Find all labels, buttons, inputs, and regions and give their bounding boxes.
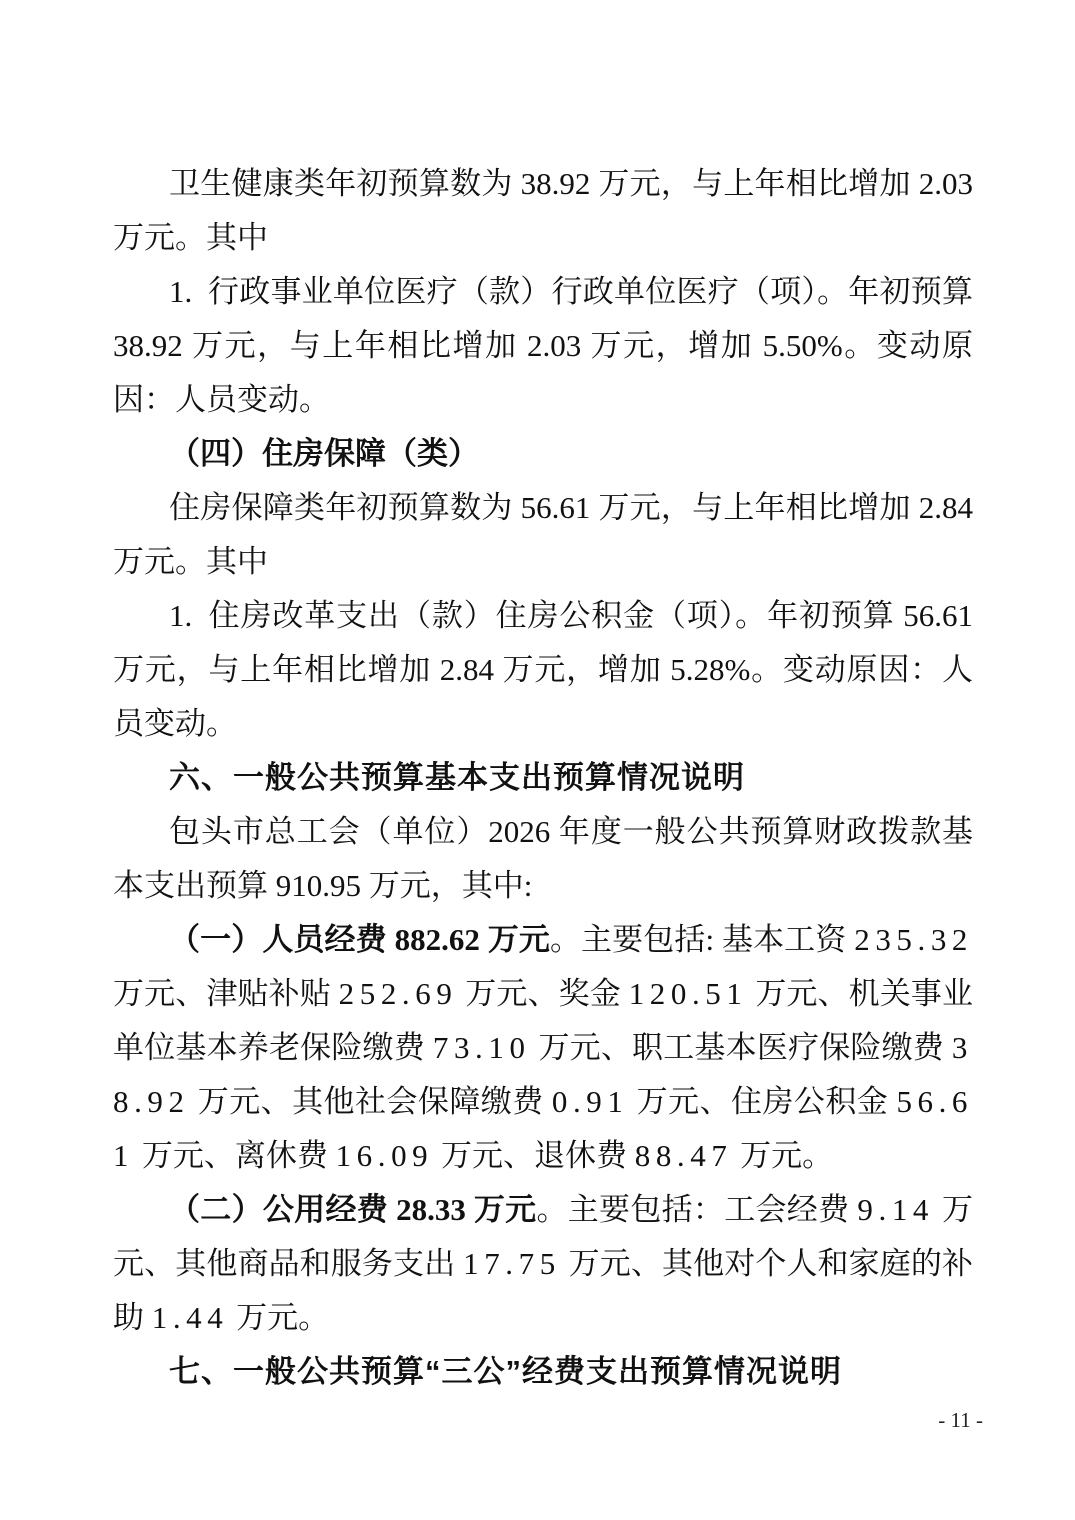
text-run: 包头市总工会（单位）2026 年度一般公共预算财政拨款基本支出预算 910.95… [113,814,973,903]
text-run: 。主要包括: 基本工资 [550,922,854,957]
text-run: 万元、奖金 [457,976,628,1011]
numeric-text-run: 73.10 [433,1030,531,1065]
para-public-expenses: （二）公用经费 28.33 万元。主要包括：工会经费 9.14 万元、其他商品和… [113,1183,973,1345]
bold-text-run: （四）住房保障（类） [169,436,479,471]
numeric-text-run: 252.69 [339,976,458,1011]
text-run: 住房保障类年初预算数为 56.61 万元，与上年相比增加 2.84 万元。其中 [113,490,973,579]
numeric-text-run: 1.44 [152,1300,229,1335]
heading-section-7-three-public-funds: 七、一般公共预算“三公”经费支出预算情况说明 [113,1345,973,1399]
text-run: 万元、离休费 [134,1138,336,1173]
text-run: 1. 住房改革支出（款）住房公积金（项）。年初预算 56.61 万元，与上年相比… [113,598,973,741]
text-run: 万元、退休费 [433,1138,635,1173]
heading-section-6-basic-expenditure: 六、一般公共预算基本支出预算情况说明 [113,751,973,805]
bold-text-run: 六、一般公共预算基本支出预算情况说明 [169,760,745,795]
numeric-text-run: 120.51 [629,976,748,1011]
para-personnel-expenses: （一）人员经费 882.62 万元。主要包括: 基本工资 235.32 万元、津… [113,913,973,1183]
numeric-text-run: 0.91 [552,1084,629,1119]
para-housing-item-1: 1. 住房改革支出（款）住房公积金（项）。年初预算 56.61 万元，与上年相比… [113,589,973,751]
para-health-item-1: 1. 行政事业单位医疗（款）行政单位医疗（项）。年初预算 38.92 万元，与上… [113,265,973,427]
para-housing-class-summary: 住房保障类年初预算数为 56.61 万元，与上年相比增加 2.84 万元。其中 [113,481,973,589]
text-run: 万元。 [732,1138,833,1173]
bold-text-run: 七、一般公共预算“三公”经费支出预算情况说明 [169,1354,842,1389]
document-body: 卫生健康类年初预算数为 38.92 万元，与上年相比增加 2.03 万元。其中1… [113,157,973,1399]
heading-housing-security-class: （四）住房保障（类） [113,427,973,481]
numeric-text-run: 16.09 [336,1138,434,1173]
text-run: 1. 行政事业单位医疗（款）行政单位医疗（项）。年初预算 38.92 万元，与上… [113,274,973,417]
bold-text-run: （二）公用经费 28.33 万元 [169,1192,536,1227]
numeric-text-run: 9.14 [857,1192,934,1227]
text-run: 万元。 [228,1300,329,1335]
para-basic-expenditure-total: 包头市总工会（单位）2026 年度一般公共预算财政拨款基本支出预算 910.95… [113,805,973,913]
page-number: - 11 - [938,1405,983,1435]
text-run: 万元、其他社会保障缴费 [190,1084,552,1119]
numeric-text-run: 17.75 [463,1246,561,1281]
text-run: 万元、职工基本医疗保险缴费 [531,1030,952,1065]
para-health-class-summary: 卫生健康类年初预算数为 38.92 万元，与上年相比增加 2.03 万元。其中 [113,157,973,265]
bold-text-run: （一）人员经费 882.62 万元 [169,922,550,957]
numeric-text-run: 235.32 [854,922,973,957]
text-run: 卫生健康类年初预算数为 38.92 万元，与上年相比增加 2.03 万元。其中 [113,166,973,255]
text-run: 万元、住房公积金 [628,1084,896,1119]
text-run: 万元、津贴补贴 [113,976,339,1011]
document-page: 卫生健康类年初预算数为 38.92 万元，与上年相比增加 2.03 万元。其中1… [0,0,1075,1520]
text-run: 。主要包括：工会经费 [536,1192,857,1227]
numeric-text-run: 88.47 [635,1138,733,1173]
